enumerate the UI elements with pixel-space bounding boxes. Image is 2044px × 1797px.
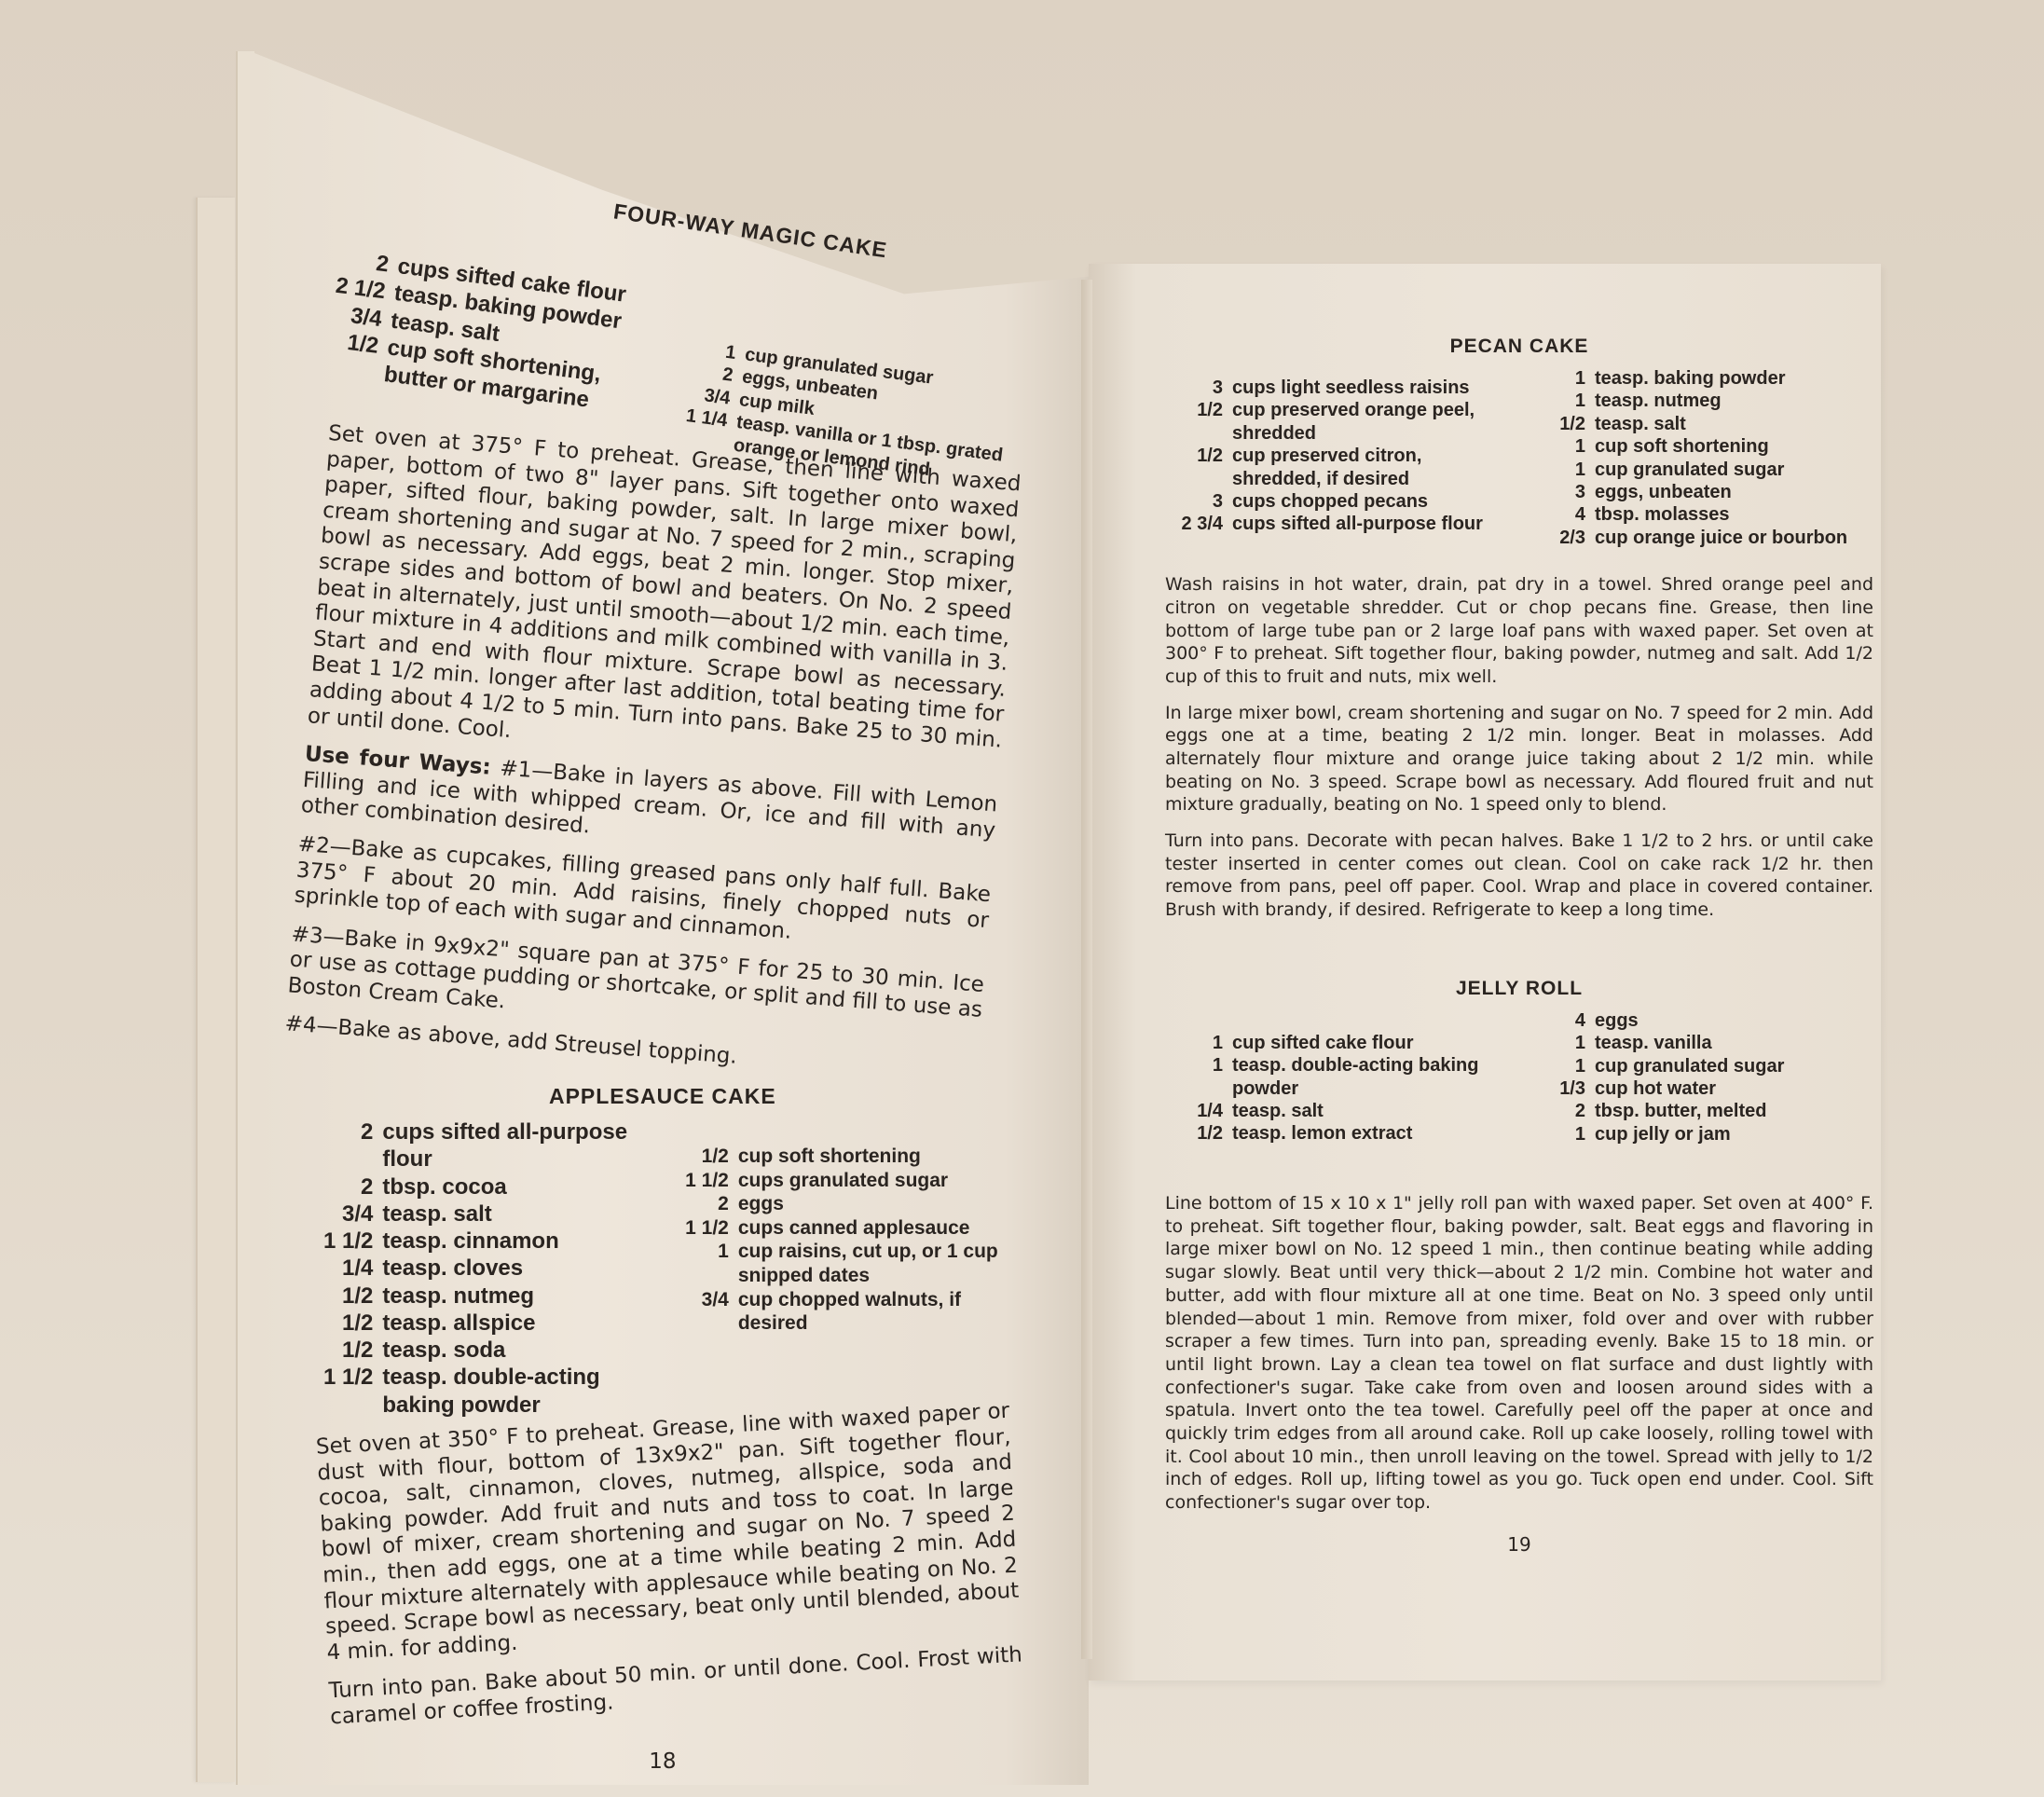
ingredient: 1cup granulated sugar: [1528, 1055, 1873, 1077]
recipe-method: Set oven at 375° F to preheat. Grease, t…: [284, 421, 1022, 1089]
ingredient: 1/2cup preserved orange peel, shredded: [1165, 399, 1511, 445]
ingredient: 1/3cup hot water: [1528, 1077, 1873, 1100]
recipe-pecan-cake: PECAN CAKE 3cups light seedless raisins …: [1165, 336, 1873, 922]
page-number: 19: [1165, 1533, 1873, 1556]
ingredient: 1teasp. double-acting baking powder: [1165, 1054, 1511, 1100]
ingredient: 4tbsp. molasses: [1528, 503, 1873, 526]
right-page-content: PECAN CAKE 3cups light seedless raisins …: [1165, 336, 1873, 1556]
ingredient: 1cup raisins, cut up, or 1 cup snipped d…: [671, 1240, 1010, 1287]
page-number: 18: [315, 1749, 1009, 1774]
ingredient: 3cups light seedless raisins: [1165, 377, 1511, 399]
ingredient-column-right: 1teasp. baking powder 1teasp. nutmeg 1/2…: [1528, 367, 1873, 549]
ingredient: 1/2teasp. allspice: [315, 1310, 654, 1337]
ingredient: 2/3cup orange juice or bourbon: [1528, 527, 1873, 549]
ingredient: 1/2teasp. salt: [1528, 413, 1873, 435]
ingredient: 3eggs, unbeaten: [1528, 481, 1873, 503]
ingredient: 4eggs: [1528, 1009, 1873, 1032]
ingredient: 1 1/2teasp. cinnamon: [315, 1228, 654, 1255]
left-page-content: FOUR-WAY MAGIC CAKE 2cups sifted cake fl…: [301, 210, 1028, 1789]
ingredient: 3cups chopped pecans: [1165, 490, 1511, 513]
recipe-jelly-roll: JELLY ROLL 1cup sifted cake flour 1teasp…: [1165, 978, 1873, 1556]
ingredient: 2tbsp. cocoa: [315, 1173, 653, 1200]
recipe-title: FOUR-WAY MAGIC CAKE: [474, 179, 1027, 283]
ingredient: 1/2cup preserved citron, shredded, if de…: [1165, 445, 1511, 490]
ingredient-list: 3cups light seedless raisins 1/2cup pres…: [1165, 367, 1873, 549]
ingredient-column-left: 2cups sifted cake flour 2 1/2teasp. baki…: [313, 244, 669, 446]
ingredient: 1/4teasp. salt: [1165, 1100, 1511, 1122]
recipe-method: Wash raisins in hot water, drain, pat dr…: [1165, 573, 1873, 922]
book-gutter: [1081, 280, 1092, 1659]
method-paragraph: In large mixer bowl, cream shortening an…: [1165, 702, 1873, 816]
ingredient-column-left: 2cups sifted all-purpose flour 2tbsp. co…: [315, 1118, 654, 1419]
method-paragraph: Line bottom of 15 x 10 x 1" jelly roll p…: [1165, 1192, 1873, 1515]
ingredient-column-right: 4eggs 1teasp. vanilla 1cup granulated su…: [1528, 1009, 1873, 1145]
recipe-title: APPLESAUCE CAKE: [315, 1084, 1009, 1109]
recipe-title: PECAN CAKE: [1165, 336, 1873, 358]
ingredient: 1cup jelly or jam: [1528, 1123, 1873, 1145]
ingredient: 1/2teasp. soda: [315, 1337, 654, 1364]
ingredient: 2cups sifted all-purpose flour: [315, 1118, 654, 1173]
method-paragraph: Turn into pans. Decorate with pecan halv…: [1165, 830, 1873, 922]
ingredient: 1 1/2cups granulated sugar: [671, 1168, 1010, 1192]
recipe-four-way-magic-cake: FOUR-WAY MAGIC CAKE 2cups sifted cake fl…: [316, 210, 1027, 1053]
ingredient-list: 2cups sifted all-purpose flour 2tbsp. co…: [315, 1118, 1009, 1419]
ingredient: 1teasp. nutmeg: [1528, 390, 1873, 412]
method-paragraph: Set oven at 375° F to preheat. Grease, t…: [307, 421, 1022, 780]
ingredient: 1/2teasp. lemon extract: [1165, 1122, 1511, 1145]
ingredient: 1teasp. vanilla: [1528, 1032, 1873, 1054]
book-cover-edge: [196, 198, 235, 1782]
ingredient: 1/2teasp. nutmeg: [315, 1282, 654, 1309]
ingredient: 1cup sifted cake flour: [1165, 1032, 1511, 1054]
ingredient: 1/4teasp. cloves: [315, 1255, 654, 1282]
ingredient: 1 1/2cups canned applesauce: [671, 1216, 1010, 1241]
recipe-method: Line bottom of 15 x 10 x 1" jelly roll p…: [1165, 1192, 1873, 1515]
ingredient: 3/4cup chopped walnuts, if desired: [671, 1287, 1010, 1335]
recipe-title: JELLY ROLL: [1165, 978, 1873, 1000]
ingredient: 1/2cup soft shortening: [671, 1145, 1010, 1169]
ingredient-column-left: 3cups light seedless raisins 1/2cup pres…: [1165, 367, 1511, 549]
ingredient-column-right: 1/2cup soft shortening 1 1/2cups granula…: [671, 1118, 1010, 1419]
method-paragraph: Wash raisins in hot water, drain, pat dr…: [1165, 573, 1873, 688]
ingredient: 1cup granulated sugar: [1528, 459, 1873, 481]
ingredient: 3/4teasp. salt: [315, 1200, 654, 1228]
ingredient-column-left: 1cup sifted cake flour 1teasp. double-ac…: [1165, 1009, 1511, 1145]
recipe-applesauce-cake: APPLESAUCE CAKE 2cups sifted all-purpose…: [315, 1084, 1009, 1774]
ingredient: 2eggs: [671, 1192, 1010, 1216]
recipe-method: Set oven at 350° F to preheat. Grease, l…: [315, 1399, 1024, 1731]
ingredient: 2tbsp. butter, melted: [1528, 1100, 1873, 1122]
ingredient: 1teasp. baking powder: [1528, 367, 1873, 390]
ingredient: 1 1/2teasp. double-acting baking powder: [315, 1364, 654, 1419]
ingredient-list: 1cup sifted cake flour 1teasp. double-ac…: [1165, 1009, 1873, 1145]
ingredient: 2 3/4cups sifted all-purpose flour: [1165, 513, 1511, 535]
method-paragraph: Set oven at 350° F to preheat. Grease, l…: [315, 1399, 1021, 1667]
ingredient: 1cup soft shortening: [1528, 435, 1873, 458]
